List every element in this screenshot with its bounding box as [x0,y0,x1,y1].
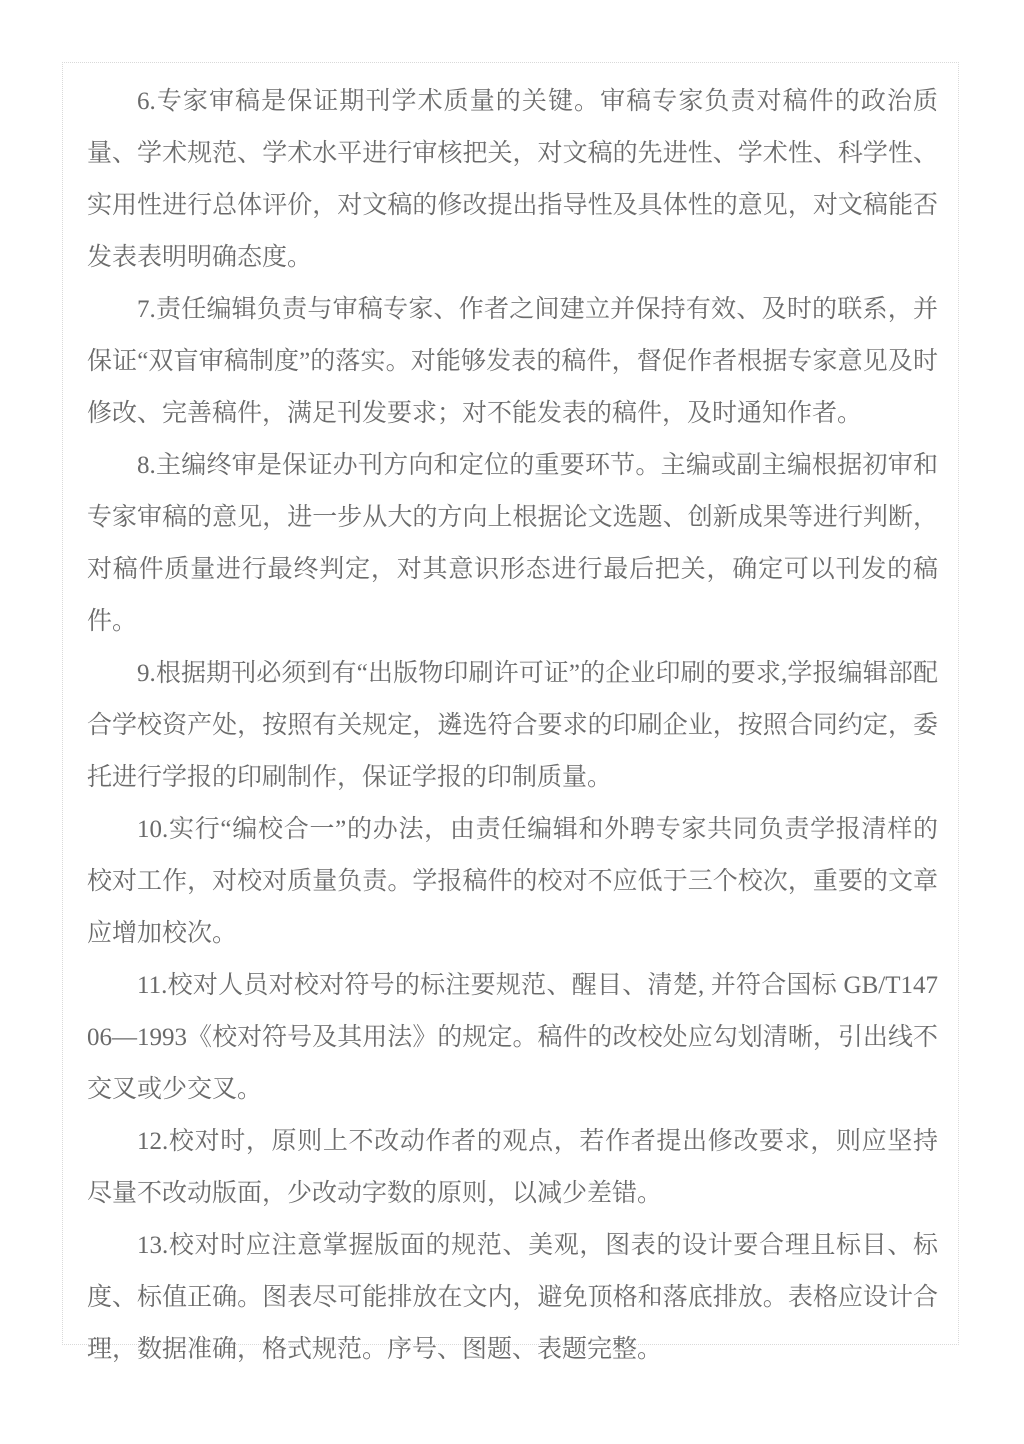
paragraph-item-13: 13.校对时应注意掌握版面的规范、美观，图表的设计要合理且标目、标度、标值正确。… [87,1220,938,1376]
document-page: 6.专家审稿是保证期刊学术质量的关键。审稿专家负责对稿件的政治质量、学术规范、学… [62,62,959,1345]
paragraph-item-12: 12.校对时，原则上不改动作者的观点，若作者提出修改要求，则应坚持尽量不改动版面… [87,1116,938,1220]
paragraph-item-10: 10.实行“编校合一”的办法，由责任编辑和外聘专家共同负责学报清样的校对工作，对… [87,804,938,960]
paragraph-item-9: 9.根据期刊必须到有“出版物印刷许可证”的企业印刷的要求,学报编辑部配合学校资产… [87,648,938,804]
paragraph-item-7: 7.责任编辑负责与审稿专家、作者之间建立并保持有效、及时的联系，并保证“双盲审稿… [87,284,938,440]
paragraph-item-8: 8.主编终审是保证办刊方向和定位的重要环节。主编或副主编根据初审和专家审稿的意见… [87,440,938,648]
document-canvas: 6.专家审稿是保证期刊学术质量的关键。审稿专家负责对稿件的政治质量、学术规范、学… [0,0,1024,1444]
paragraph-item-6: 6.专家审稿是保证期刊学术质量的关键。审稿专家负责对稿件的政治质量、学术规范、学… [87,76,938,284]
paragraph-item-11: 11.校对人员对校对符号的标注要规范、醒目、清楚, 并符合国标 GB/T1470… [87,960,938,1116]
